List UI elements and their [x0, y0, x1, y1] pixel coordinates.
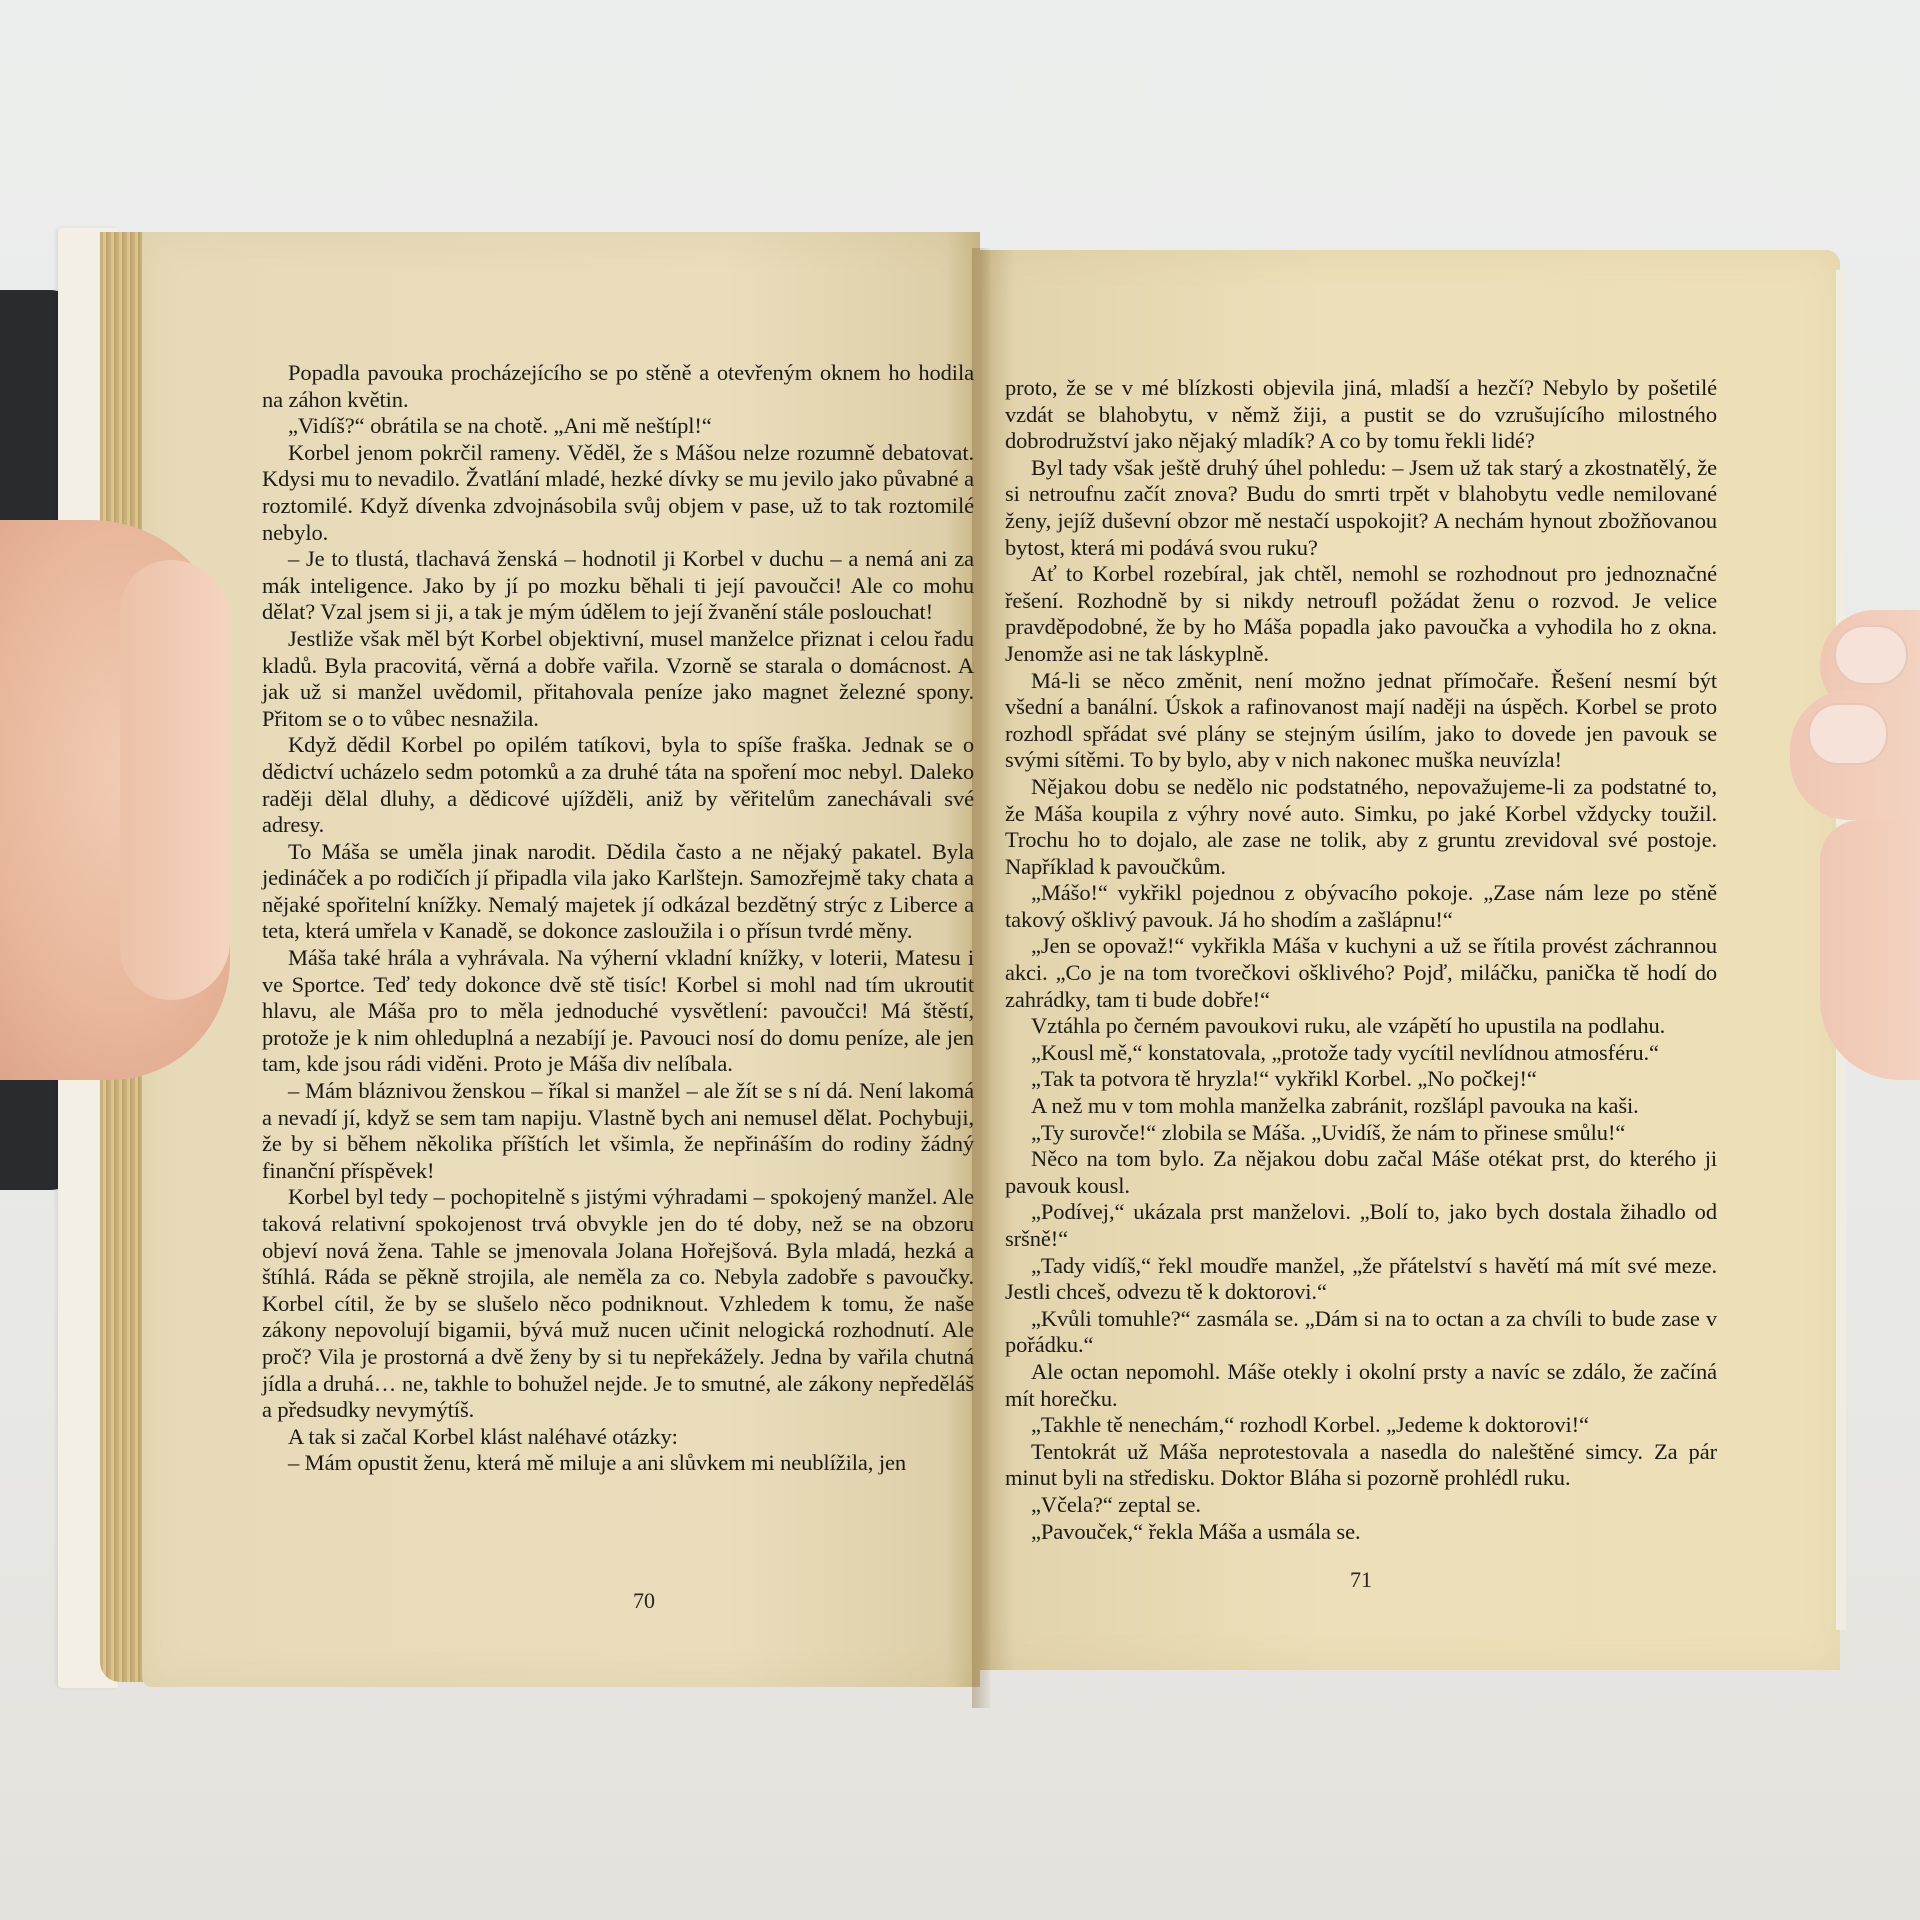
fingernail [1834, 625, 1908, 685]
book-gutter [972, 248, 990, 1708]
paragraph: „Podívej,“ ukázala prst manželovi. „Bolí… [1005, 1199, 1717, 1252]
paragraph: „Tady vidíš,“ řekl moudře manžel, „že př… [1005, 1253, 1717, 1306]
paragraph: Ať to Korbel rozebíral, jak chtěl, nemoh… [1005, 561, 1717, 667]
page-number-left: 70 [633, 1588, 655, 1614]
paragraph: „Takhle tě nenechám,“ rozhodl Korbel. „J… [1005, 1412, 1717, 1439]
paragraph: „Mášo!“ vykřikl pojednou z obývacího pok… [1005, 880, 1717, 933]
paragraph: – Mám opustit ženu, která mě miluje a an… [262, 1450, 974, 1477]
paragraph: „Tak ta potvora tě hryzla!“ vykřikl Korb… [1005, 1066, 1717, 1093]
paragraph: Korbel byl tedy – pochopitelně s jistými… [262, 1184, 974, 1423]
paragraph: Vztáhla po černém pavoukovi ruku, ale vz… [1005, 1013, 1717, 1040]
right-page-text: proto, že se v mé blízkosti objevila jin… [1005, 375, 1717, 1545]
paragraph: „Kousl mě,“ konstatovala, „protože tady … [1005, 1040, 1717, 1067]
paragraph: „Vidíš?“ obrátila se na chotě. „Ani mě n… [262, 413, 974, 440]
paragraph: Má-li se něco změnit, není možno jednat … [1005, 668, 1717, 774]
paragraph: Byl tady však ještě druhý úhel pohledu: … [1005, 455, 1717, 561]
paragraph: Ale octan nepomohl. Máše otekly i okolní… [1005, 1359, 1717, 1412]
paragraph: „Kvůli tomuhle?“ zasmála se. „Dám si na … [1005, 1306, 1717, 1359]
page-number-right: 71 [1350, 1567, 1372, 1593]
right-hand [1820, 820, 1920, 1080]
paragraph: „Jen se opovaž!“ vykřikla Máša v kuchyni… [1005, 933, 1717, 1013]
paragraph: – Mám bláznivou ženskou – říkal si manže… [262, 1078, 974, 1184]
paragraph: proto, že se v mé blízkosti objevila jin… [1005, 375, 1717, 455]
left-thumb [120, 560, 230, 1000]
paragraph: Korbel jenom pokrčil rameny. Věděl, že s… [262, 440, 974, 546]
paragraph: Když dědil Korbel po opilém tatíkovi, by… [262, 732, 974, 838]
paragraph: Máša také hrála a vyhrávala. Na výherní … [262, 945, 974, 1078]
paragraph: A než mu v tom mohla manželka zabránit, … [1005, 1093, 1717, 1120]
paragraph: „Včela?“ zeptal se. [1005, 1492, 1717, 1519]
paragraph: Nějakou dobu se nedělo nic podstatného, … [1005, 774, 1717, 880]
paragraph: Jestliže však měl být Korbel objektivní,… [262, 626, 974, 732]
paragraph: – Je to tlustá, tlachavá ženská – hodnot… [262, 546, 974, 626]
paragraph: To Máša se uměla jinak narodit. Dědila č… [262, 839, 974, 945]
paragraph: Tentokrát už Máša neprotestovala a nased… [1005, 1439, 1717, 1492]
paragraph: A tak si začal Korbel klást naléhavé otá… [262, 1424, 974, 1451]
paragraph: „Ty surovče!“ zlobila se Máša. „Uvidíš, … [1005, 1120, 1717, 1147]
paragraph: Popadla pavouka procházejícího se po stě… [262, 360, 974, 413]
paragraph: Něco na tom bylo. Za nějakou dobu začal … [1005, 1146, 1717, 1199]
paragraph: „Pavouček,“ řekla Máša a usmála se. [1005, 1519, 1717, 1546]
left-page-text: Popadla pavouka procházejícího se po stě… [262, 360, 974, 1477]
fingernail [1808, 703, 1888, 765]
